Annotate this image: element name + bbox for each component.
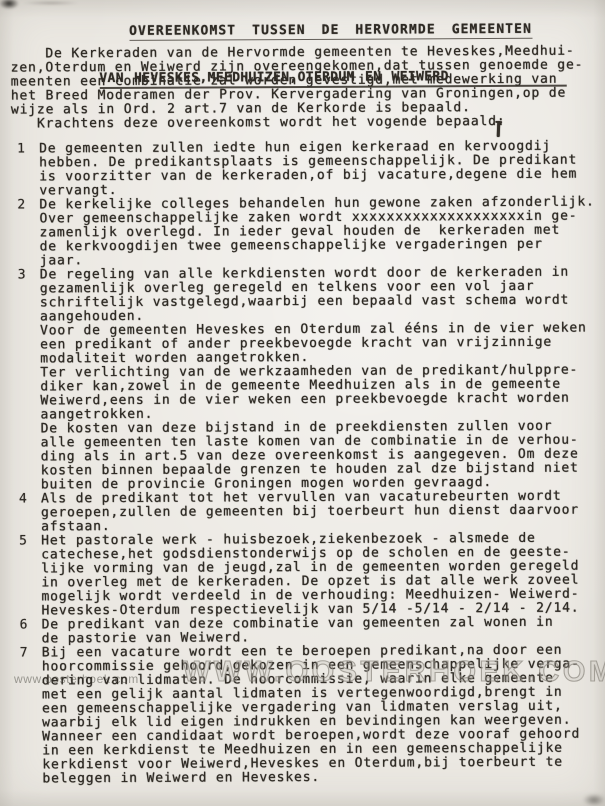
item-number: 5 (19, 534, 41, 618)
text-line: de kerkvoogdijen twee gemeenschappelijke… (40, 237, 595, 254)
item-text: Als de predikant tot het vervullen van v… (41, 489, 597, 534)
title-text-1: OVEREENKOMST TUSSEN DE HERVORMDE GEMEENT… (129, 22, 532, 41)
item-number: 6 (20, 618, 42, 646)
agreement-item-2: 2De kerkelijke colleges behandelen hun g… (17, 195, 595, 268)
agreement-item-4: 4Als de predikant tot het vervullen van … (19, 489, 597, 534)
watermark-large: WWW.OOSTERHOEK.COM (183, 656, 605, 689)
scanned-document-page: OVEREENKOMST TUSSEN DE HERVORMDE GEMEENT… (0, 0, 605, 806)
text-line: Weiwerd,eens in de vier weken een preekb… (40, 391, 595, 408)
text-line: De predikant van deze combinatie van gem… (42, 615, 597, 632)
agreement-item-3: 3De regeling van alle kerkdiensten wordt… (18, 265, 596, 492)
item-text: Het pastorale werk - huisbezoek,ziekenbe… (41, 531, 597, 618)
item-number: 7 (20, 646, 43, 786)
item-text: De predikant van deze combinatie van gem… (42, 615, 597, 646)
text-line: een predikant of ander preekbevoegde kra… (40, 335, 595, 352)
text-line: schriftelijk vastgelegd,waarbij een bepa… (40, 293, 595, 310)
scan-streak-top (16, 0, 86, 6)
agreement-item-6: 6De predikant van deze combinatie van ge… (20, 615, 597, 646)
numbered-clauses: 1De gemeenten zullen iedte hun eigen ker… (17, 139, 598, 786)
item-text: De kerkelijke colleges behandelen hun ge… (39, 195, 595, 268)
scan-smudge-bottom-right (580, 792, 605, 806)
text-line: geroepen,zullen de gemeenten bij toerbeu… (41, 503, 596, 520)
agreement-item-5: 5Het pastorale werk - huisbezoek,ziekenb… (19, 531, 597, 618)
text-line: is voorzitter van de kerkeraden,of bij v… (39, 167, 594, 184)
item-number: 2 (17, 198, 39, 268)
agreement-item-1: 1De gemeenten zullen iedte hun eigen ker… (17, 139, 595, 198)
item-number: 3 (18, 268, 41, 492)
text-line: beleggen in Weiwerd en Heveskes. (42, 769, 597, 786)
intro-paragraph: De Kerkeraden van de Hervormde gemeenten… (11, 45, 584, 132)
item-number: 4 (19, 492, 41, 534)
item-text: De gemeenten zullen iedte hun eigen kerk… (39, 139, 595, 198)
item-number: 1 (17, 142, 39, 198)
item-text: De regeling van alle kerkdiensten wordt … (40, 265, 596, 492)
